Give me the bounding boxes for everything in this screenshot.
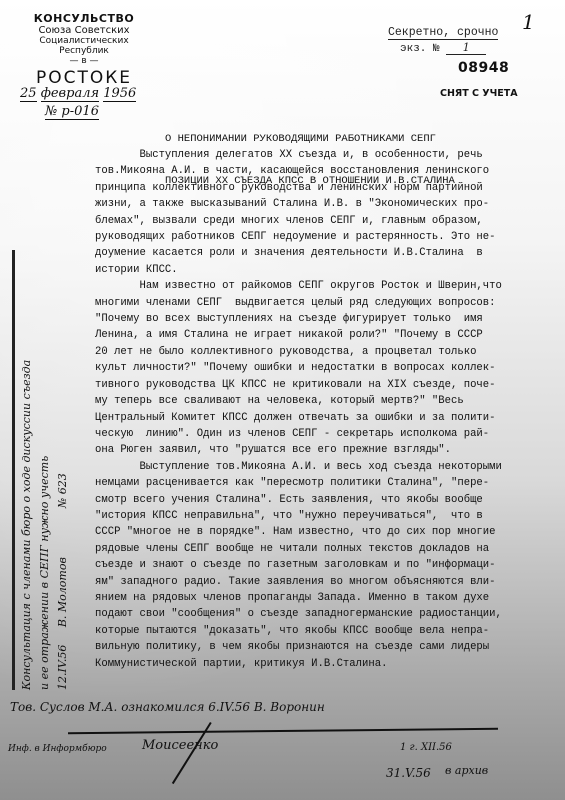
letterhead-line-2: Союза Советских: [14, 25, 154, 36]
body-line: рядовые члены СЕПГ вообще не читали полн…: [95, 541, 555, 557]
margin-reference: № 623: [56, 473, 69, 508]
body-line: смотр всего учения Сталина". Есть заявле…: [95, 492, 555, 508]
body-line: подают свои "сообщения" о съезде западно…: [95, 606, 555, 622]
margin-note-signature: 12.IV.56 В. Молотов № 623: [54, 360, 72, 690]
bottom-right-archive: в архив: [445, 764, 488, 777]
margin-binding-line: [12, 250, 15, 690]
body-line: тивного руководства ЦК КПСС не критикова…: [95, 377, 555, 393]
margin-note-line-1: Консультация с членами бюро о ходе диску…: [18, 360, 36, 690]
body-line: многими членами СЕПГ выдвигается целый р…: [95, 295, 555, 311]
letterhead-line-1: КОНСУЛЬСТВО: [14, 12, 154, 25]
body-line: ческую линию". Один из членов СЕПГ - сек…: [95, 426, 555, 442]
bottom-right-misc: 1 г. XII.56: [400, 742, 452, 753]
letterhead-city: РОСТОКЕ: [14, 68, 154, 88]
body-line: му теперь все сваливают на человека, кот…: [95, 393, 555, 409]
document-body: Выступления делегатов XX съезда и, в осо…: [95, 147, 555, 672]
body-line: 20 лет не было коллективного руководства…: [95, 344, 555, 360]
bottom-left-note: Инф. в Информбюро: [8, 744, 107, 754]
body-line: принципа коллективного руководства и лен…: [95, 180, 555, 196]
body-line: Нам известно от райкомов СЕПГ округов Ро…: [95, 278, 555, 294]
bottom-right-date: 31.V.56: [386, 766, 431, 780]
document-number: № р-016: [45, 104, 99, 120]
copy-number-value: 1: [446, 41, 486, 55]
consulate-letterhead: КОНСУЛЬСТВО Союза Советских Социалистиче…: [14, 12, 154, 88]
body-line: тов.Микояна А.И. в части, касающейся вос…: [95, 163, 555, 179]
margin-date: 12.IV.56: [56, 645, 69, 690]
body-line: Центральный Комитет КПСС должен отвечать…: [95, 410, 555, 426]
classification-mark: Секретно, срочно: [388, 26, 498, 40]
copy-label: экз. №: [400, 43, 440, 55]
body-line: СССР "многое не в порядке". Нам известно…: [95, 524, 555, 540]
body-line: Выступления делегатов XX съезда и, в осо…: [95, 147, 555, 163]
body-line: Ленина, а имя Сталина не играет никакой …: [95, 327, 555, 343]
body-line: Коммунистической партии, критикуя И.В.Ст…: [95, 656, 555, 672]
date-month: февраля: [41, 86, 99, 102]
body-line: истории КПСС.: [95, 262, 555, 278]
page-number: 1: [522, 10, 535, 34]
deregistered-stamp: СНЯТ С УЧЕТА: [440, 88, 518, 99]
body-line: "Почему во всех выступлениях на съезде ф…: [95, 311, 555, 327]
body-line: она Рюген заявил, что "рушатся все его п…: [95, 442, 555, 458]
body-line: руководящих работников СЕПГ недоумение и…: [95, 229, 555, 245]
body-line: которые пытаются "доказать", что якобы К…: [95, 623, 555, 639]
title-line-1: О НЕПОНИМАНИИ РУКОВОДЯЩИМИ РАБОТНИКАМИ С…: [165, 132, 565, 146]
body-line: вильную политику, в чем якобы признаются…: [95, 639, 555, 655]
bottom-handwritten-note: Тов. Суслов М.А. ознакомился 6.IV.56 В. …: [10, 700, 325, 714]
body-line: Выступление тов.Микояна А.И. и весь ход …: [95, 459, 555, 475]
letterhead-line-3: Социалистических Республик: [14, 36, 154, 56]
body-line: культ личности?" "Почему ошибки и недост…: [95, 360, 555, 376]
margin-note-line-2: и ее отражении в СЕПГ нужно учесть: [36, 360, 54, 690]
body-line: янием на рядовых членов пропаганды Запад…: [95, 590, 555, 606]
body-line: "история КПСС неправильна", что "нужно п…: [95, 508, 555, 524]
copy-number: экз. № 1: [400, 41, 486, 55]
bottom-signature: Моисеенко: [142, 738, 218, 753]
date-day: 25: [20, 86, 37, 102]
body-line: съезде и знают о съезде по газетным заго…: [95, 557, 555, 573]
letterhead-line-4: — в —: [14, 56, 154, 66]
registration-number: 08948: [458, 60, 509, 76]
margin-handwritten-note: Консультация с членами бюро о ходе диску…: [18, 360, 72, 690]
body-line: ям" западного радио. Такие заявления во …: [95, 574, 555, 590]
body-line: жизни, а также высказываний Сталина И.В.…: [95, 196, 555, 212]
margin-signature: В. Молотов: [56, 557, 69, 627]
body-line: немцами расценивается как "пересмотр пол…: [95, 475, 555, 491]
body-line: доумение касается роли и значения деятел…: [95, 245, 555, 261]
date-year: 1956: [103, 86, 136, 102]
body-line: блемах", вызвали среди многих членов СЕП…: [95, 213, 555, 229]
document-date: 25 февраля 1956: [20, 86, 136, 101]
strikethrough-line: [68, 728, 498, 735]
